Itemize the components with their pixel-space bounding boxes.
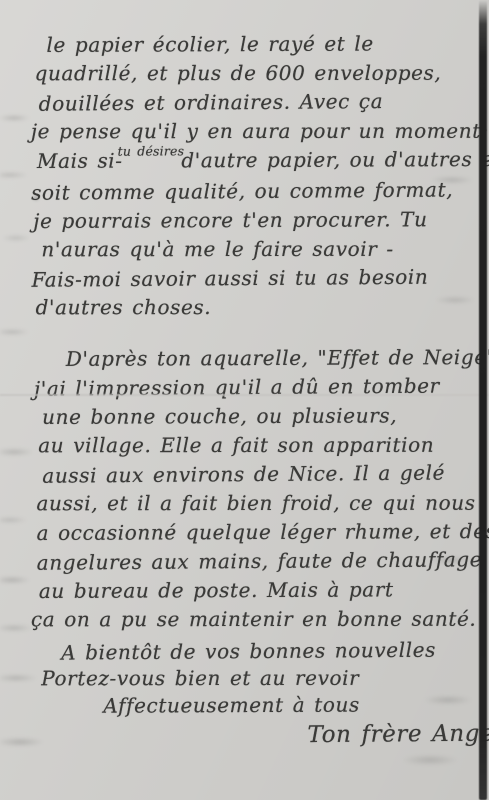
scan-artifact-line — [0, 394, 489, 396]
letter-page: le papier écolier, le rayé et lequadrill… — [0, 0, 489, 800]
letter-line-10: d'autres choses. — [36, 293, 481, 323]
letter-line-24: Ton frère Ange — [307, 720, 482, 750]
page-gutter-shadow — [479, 0, 487, 800]
letter-line-22: Portez-vous bien et au revoir — [41, 665, 482, 693]
letter-line-20: ça on a pu se maintenir en bonne santé. — [31, 605, 482, 635]
letter-line-6: soit comme qualité, ou comme format, — [31, 175, 480, 208]
letter-body: le papier écolier, le rayé et lequadrill… — [28, 29, 482, 751]
line-text: d'autre papier, ou d'autres enveloppes — [181, 146, 489, 172]
letter-line-23: Affectueusement à tous — [103, 691, 482, 720]
letter-line-16: aussi, et il a fait bien froid, ce qui n… — [36, 489, 481, 519]
letter-line-11: D'après ton aquarelle, "Effet de Neige", — [66, 343, 481, 374]
letter-line-21: A bientôt de vos bonnes nouvelles — [61, 636, 482, 666]
letter-line-1: le papier écolier, le rayé et le — [46, 29, 479, 60]
letter-line-3: douillées et ordinaires. Avec ça — [39, 86, 480, 118]
letter-line-7: je pourrais encore t'en procurer. Tu — [33, 205, 480, 236]
line-text: Mais si- — [37, 149, 123, 173]
letter-line-4: je pense qu'il y en aura pour un moment; — [31, 117, 480, 147]
interlinear-insertion: tu désires — [118, 143, 185, 158]
letter-line-15: aussi aux environs de Nice. Il a gelé — [42, 458, 481, 490]
letter-line-13: une bonne couche, ou plusieurs, — [42, 401, 481, 432]
letter-line-2: quadrillé, et plus de 600 enveloppes, — [35, 59, 480, 89]
letter-line-14: au village. Elle a fait son apparition — [38, 431, 481, 461]
letter-line-19: au bureau de poste. Mais à part — [39, 575, 482, 606]
signature-text: Ton frère Ange — [307, 721, 489, 748]
letter-line-18: angelures aux mains, faute de chauffage — [37, 545, 482, 577]
letter-line-9: Fais-moi savoir aussi si tu as besoin — [31, 262, 480, 295]
letter-line-17: a occasionné quelque léger rhume, et des — [37, 517, 482, 548]
letter-line-12: j'ai l'impression qu'il a dû en tomber — [34, 371, 481, 404]
letter-line-8: n'auras qu'à me le faire savoir - — [41, 235, 480, 265]
letter-line-5: Mais si-tu désiresd'autre papier, ou d'a… — [37, 145, 480, 178]
